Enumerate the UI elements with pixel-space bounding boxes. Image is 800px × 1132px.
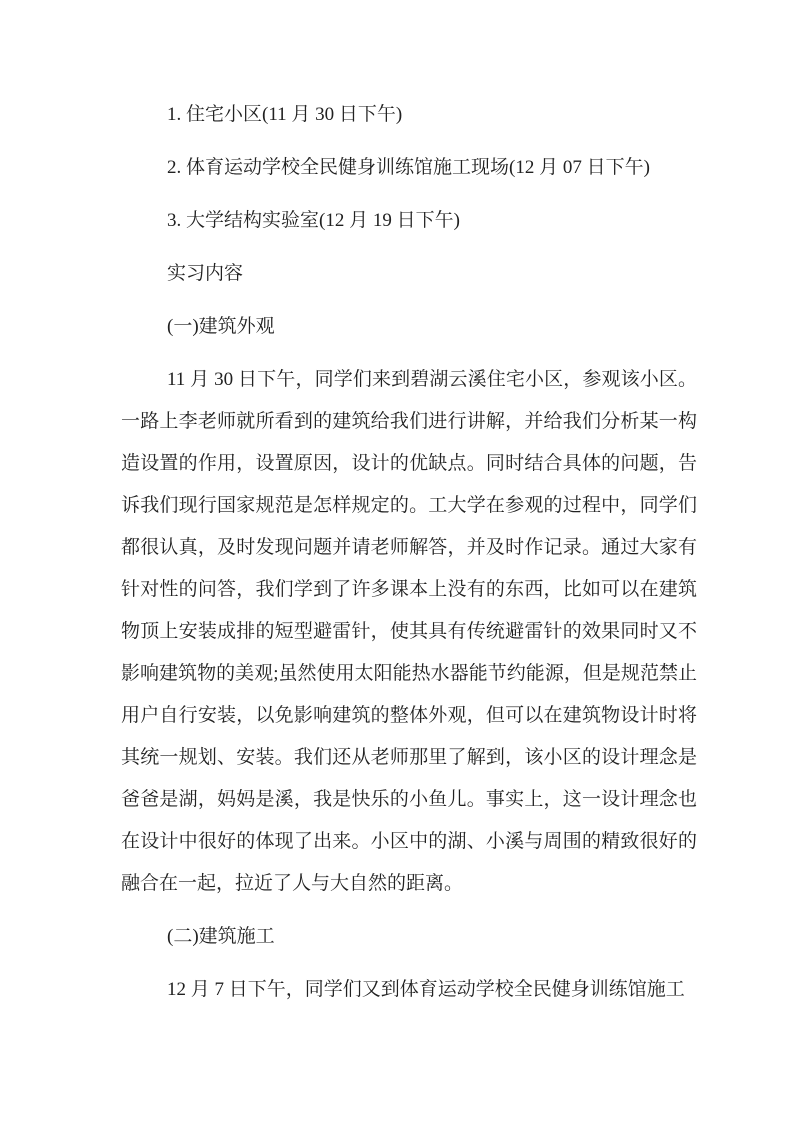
- list-item-3: 3. 大学结构实验室(12 月 19 日下午): [121, 200, 697, 242]
- list-item-1: 1. 住宅小区(11 月 30 日下午): [121, 94, 697, 136]
- heading-building-appearance: (一)建筑外观: [121, 306, 697, 348]
- paragraph-building-construction: 12 月 7 日下午，同学们又到体育运动学校全民健身训练馆施工: [121, 969, 697, 1011]
- paragraph-building-appearance: 11 月 30 日下午，同学们来到碧湖云溪住宅小区，参观该小区。一路上李老师就所…: [121, 359, 697, 905]
- section-label-practice-content: 实习内容: [121, 253, 697, 295]
- document-body: 1. 住宅小区(11 月 30 日下午) 2. 体育运动学校全民健身训练馆施工现…: [121, 94, 697, 1022]
- document-page: 1. 住宅小区(11 月 30 日下午) 2. 体育运动学校全民健身训练馆施工现…: [0, 0, 800, 1132]
- heading-building-construction: (二)建筑施工: [121, 916, 697, 958]
- list-item-2: 2. 体育运动学校全民健身训练馆施工现场(12 月 07 日下午): [121, 147, 697, 189]
